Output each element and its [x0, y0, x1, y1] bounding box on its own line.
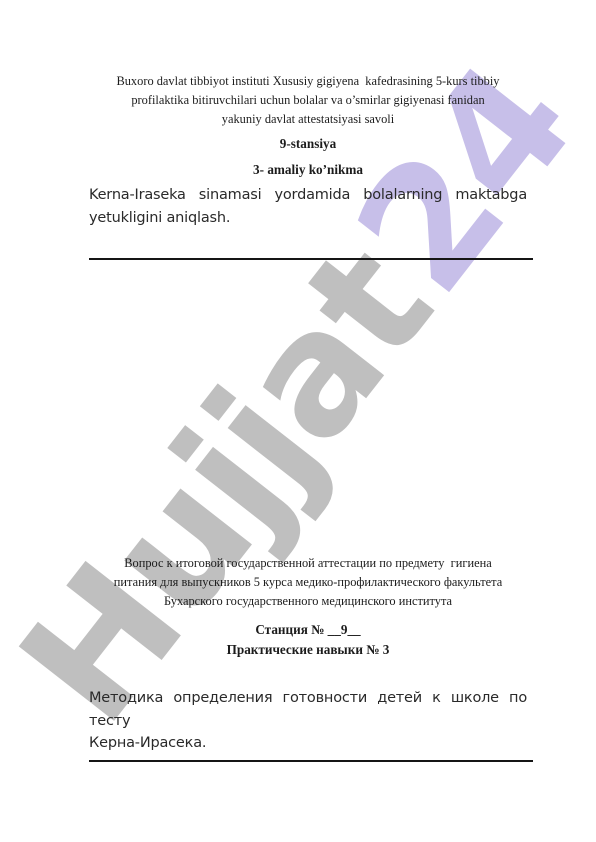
russian-institute-header: Вопрос к итоговой государственной аттест… [89, 554, 527, 611]
uzbek-institute-header: Buxoro davlat tibbiyot instituti Xususiy… [89, 72, 527, 129]
horizontal-rule-bottom [89, 760, 533, 762]
russian-header-line: Бухарского государственного медицинского… [89, 592, 527, 611]
uzbek-station-title: 9-stansiya [89, 134, 527, 154]
russian-skill-label: Практические навыки № 3 [89, 640, 527, 660]
horizontal-rule-top [89, 258, 533, 260]
uzbek-task-line: yetukligini aniqlash. [89, 207, 527, 230]
russian-header-line: питания для выпускников 5 курса медико-п… [89, 573, 527, 592]
russian-task-line: Методика определения готовности детей к … [89, 687, 527, 732]
document-page: Hujjat24 Buxoro davlat tibbiyot institut… [0, 0, 596, 842]
uzbek-task-line: Kerna-Iraseka sinamasi yordamida bolalar… [89, 184, 527, 207]
russian-task-paragraph: Методика определения готовности детей к … [89, 687, 527, 755]
uzbek-skill-label: 3- amaliy ko’nikma [89, 160, 527, 180]
uzbek-station-label: 9-stansiya [89, 134, 527, 154]
uzbek-skill-title: 3- amaliy ko’nikma [89, 160, 527, 180]
russian-station-label: Станция № __9__ [89, 620, 527, 640]
russian-header-line: Вопрос к итоговой государственной аттест… [89, 554, 527, 573]
uzbek-header-line: profilaktika bitiruvchilari uchun bolala… [89, 91, 527, 110]
uzbek-task-paragraph: Kerna-Iraseka sinamasi yordamida bolalar… [89, 184, 527, 229]
russian-task-line: Керна-Ирасека. [89, 732, 527, 755]
watermark-word: Hujjat [0, 215, 468, 758]
russian-station-titles: Станция № __9__ Практические навыки № 3 [89, 620, 527, 659]
uzbek-header-line: yakuniy davlat attestatsiyasi savoli [89, 110, 527, 129]
uzbek-header-line: Buxoro davlat tibbiyot instituti Xususiy… [89, 72, 527, 91]
